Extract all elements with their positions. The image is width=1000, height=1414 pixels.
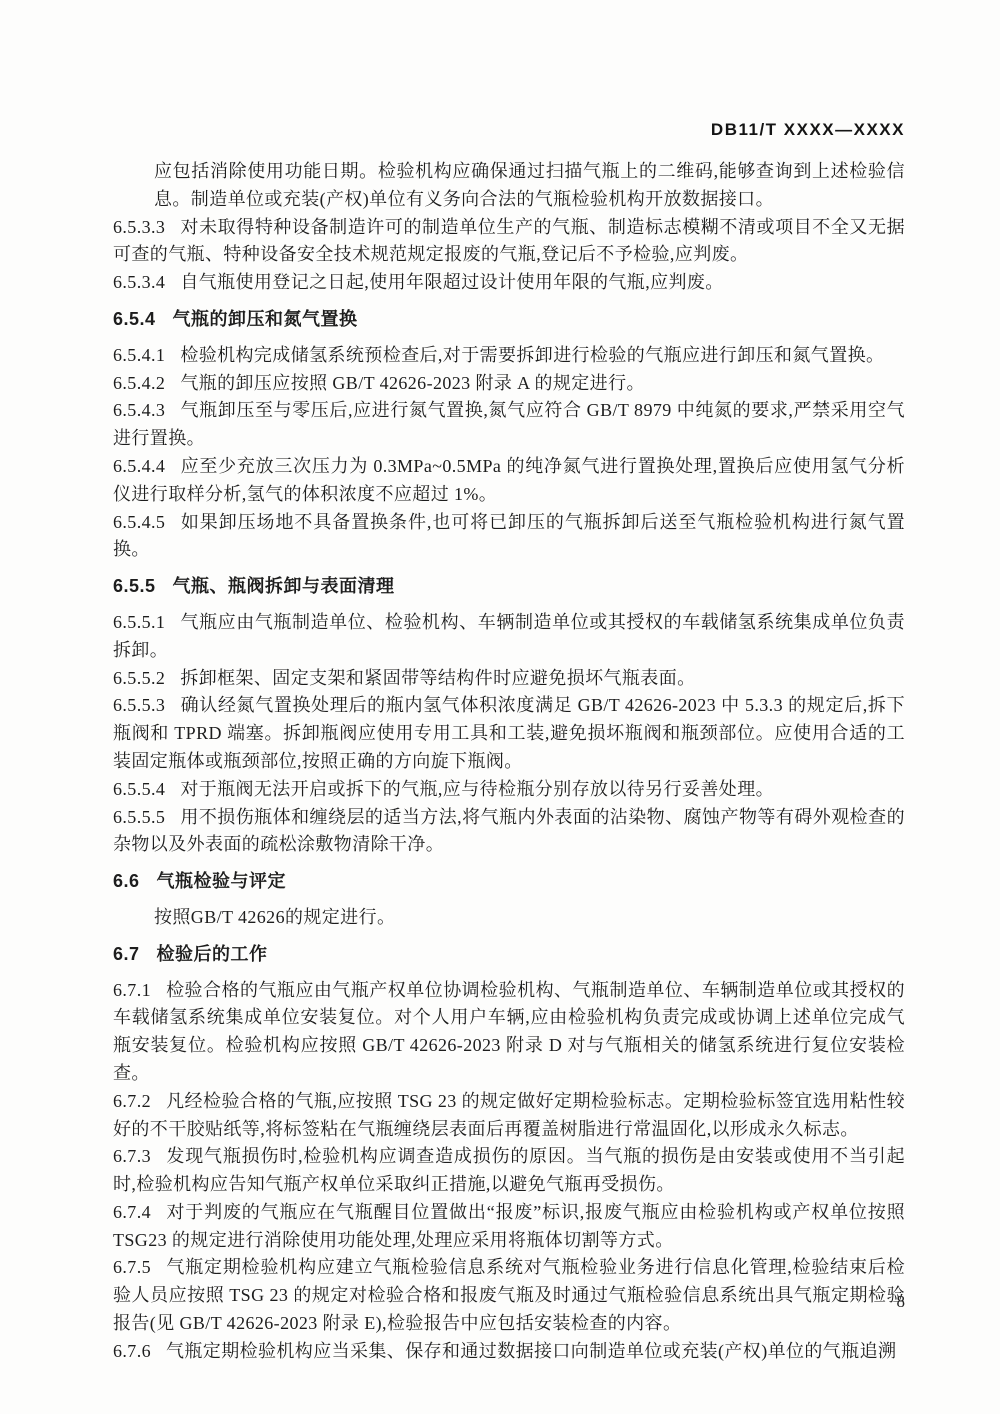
- document-body: 应包括消除使用功能日期。检验机构应确保通过扫描气瓶上的二维码,能够查询到上述检验…: [113, 158, 905, 1366]
- clause-text: 对未取得特种设备制造许可的制造单位生产的气瓶、制造标志模糊不清或项目不全又无据可…: [113, 217, 905, 265]
- clause-number: 6.5.4.5: [113, 512, 165, 532]
- heading-number: 6.5.4: [113, 309, 156, 329]
- page-footer: 8: [113, 1292, 905, 1312]
- clause-number: 6.7.2: [113, 1091, 151, 1111]
- clause-6-5-4-1: 6.5.4.1检验机构完成储氢系统预检查后,对于需要拆卸进行检验的气瓶应进行卸压…: [113, 342, 905, 370]
- clause-number: 6.7.3: [113, 1146, 151, 1166]
- clause-6-5-5-5: 6.5.5.5用不损伤瓶体和缠绕层的适当方法,将气瓶内外表面的沾染物、腐蚀产物等…: [113, 804, 905, 860]
- clause-6-7-1: 6.7.1检验合格的气瓶应由气瓶产权单位协调检验机构、气瓶制造单位、车辆制造单位…: [113, 977, 905, 1088]
- heading-6-6: 6.6气瓶检验与评定: [113, 868, 905, 896]
- heading-number: 6.6: [113, 871, 140, 891]
- clause-text: 气瓶的卸压应按照 GB/T 42626-2023 附录 A 的规定进行。: [180, 373, 645, 393]
- clause-text: 拆卸框架、固定支架和紧固带等结构件时应避免损坏气瓶表面。: [180, 668, 695, 688]
- clause-text: 确认经氮气置换处理后的瓶内氢气体积浓度满足 GB/T 42626-2023 中 …: [113, 695, 905, 771]
- clause-number: 6.5.4.3: [113, 400, 165, 420]
- heading-6-5-5: 6.5.5气瓶、瓶阀拆卸与表面清理: [113, 573, 905, 601]
- clause-6-5-4-5: 6.5.4.5如果卸压场地不具备置换条件,也可将已卸压的气瓶拆卸后送至气瓶检验机…: [113, 509, 905, 565]
- clause-number: 6.5.5.1: [113, 612, 165, 632]
- clause-text: 对于判废的气瓶应在气瓶醒目位置做出“报废”标识,报废气瓶应由检验机构或产权单位按…: [113, 1202, 905, 1250]
- clause-number: 6.7.4: [113, 1202, 151, 1222]
- clause-text: 自气瓶使用登记之日起,使用年限超过设计使用年限的气瓶,应判废。: [180, 272, 723, 292]
- clause-number: 6.5.4.1: [113, 345, 165, 365]
- clause-text: 气瓶定期检验机构应当采集、保存和通过数据接口向制造单位或充装(产权)单位的气瓶追…: [166, 1341, 896, 1361]
- heading-text: 气瓶的卸压和氮气置换: [173, 309, 358, 329]
- clause-number: 6.5.5.4: [113, 779, 165, 799]
- document-page: DB11/T XXXX—XXXX 应包括消除使用功能日期。检验机构应确保通过扫描…: [0, 0, 1000, 1414]
- clause-6-5-5-3: 6.5.5.3确认经氮气置换处理后的瓶内氢气体积浓度满足 GB/T 42626-…: [113, 692, 905, 775]
- paragraph-6-6-body: 按照GB/T 42626的规定进行。: [154, 904, 905, 932]
- clause-text: 用不损伤瓶体和缠绕层的适当方法,将气瓶内外表面的沾染物、腐蚀产物等有碍外观检查的…: [113, 807, 905, 855]
- clause-number: 6.7.1: [113, 980, 151, 1000]
- page-number: 8: [897, 1292, 906, 1311]
- clause-6-5-4-4: 6.5.4.4应至少充放三次压力为 0.3MPa~0.5MPa 的纯净氮气进行置…: [113, 453, 905, 509]
- clause-6-5-5-1: 6.5.5.1气瓶应由气瓶制造单位、检验机构、车辆制造单位或其授权的车载储氢系统…: [113, 609, 905, 665]
- clause-number: 6.7.6: [113, 1341, 151, 1361]
- standard-code: DB11/T XXXX—XXXX: [711, 120, 905, 139]
- heading-text: 气瓶检验与评定: [157, 871, 287, 891]
- clause-6-5-3-3: 6.5.3.3对未取得特种设备制造许可的制造单位生产的气瓶、制造标志模糊不清或项…: [113, 214, 905, 270]
- clause-text: 如果卸压场地不具备置换条件,也可将已卸压的气瓶拆卸后送至气瓶检验机构进行氮气置换…: [113, 512, 905, 560]
- clause-number: 6.5.5.2: [113, 668, 165, 688]
- clause-number: 6.5.3.4: [113, 272, 165, 292]
- clause-text: 凡经检验合格的气瓶,应按照 TSG 23 的规定做好定期检验标志。定期检验标签宜…: [113, 1091, 905, 1139]
- clause-6-7-2: 6.7.2凡经检验合格的气瓶,应按照 TSG 23 的规定做好定期检验标志。定期…: [113, 1088, 905, 1144]
- clause-6-5-4-2: 6.5.4.2气瓶的卸压应按照 GB/T 42626-2023 附录 A 的规定…: [113, 370, 905, 398]
- clause-6-5-5-2: 6.5.5.2拆卸框架、固定支架和紧固带等结构件时应避免损坏气瓶表面。: [113, 665, 905, 693]
- clause-6-5-3-4: 6.5.3.4自气瓶使用登记之日起,使用年限超过设计使用年限的气瓶,应判废。: [113, 269, 905, 297]
- clause-text: 应至少充放三次压力为 0.3MPa~0.5MPa 的纯净氮气进行置换处理,置换后…: [113, 456, 905, 504]
- heading-6-5-4: 6.5.4气瓶的卸压和氮气置换: [113, 306, 905, 334]
- continued-paragraph: 应包括消除使用功能日期。检验机构应确保通过扫描气瓶上的二维码,能够查询到上述检验…: [154, 158, 905, 214]
- clause-6-5-4-3: 6.5.4.3气瓶卸压至与零压后,应进行氮气置换,氮气应符合 GB/T 8979…: [113, 397, 905, 453]
- heading-6-7: 6.7检验后的工作: [113, 941, 905, 969]
- page-header: DB11/T XXXX—XXXX: [113, 120, 905, 140]
- clause-number: 6.7.5: [113, 1257, 151, 1277]
- clause-text: 气瓶卸压至与零压后,应进行氮气置换,氮气应符合 GB/T 8979 中纯氮的要求…: [113, 400, 905, 448]
- clause-6-7-4: 6.7.4对于判废的气瓶应在气瓶醒目位置做出“报废”标识,报废气瓶应由检验机构或…: [113, 1199, 905, 1255]
- clause-6-7-3: 6.7.3发现气瓶损伤时,检验机构应调查造成损伤的原因。当气瓶的损伤是由安装或使…: [113, 1143, 905, 1199]
- heading-number: 6.5.5: [113, 576, 156, 596]
- heading-text: 气瓶、瓶阀拆卸与表面清理: [173, 576, 395, 596]
- clause-number: 6.5.4.4: [113, 456, 165, 476]
- clause-text: 检验机构完成储氢系统预检查后,对于需要拆卸进行检验的气瓶应进行卸压和氮气置换。: [180, 345, 884, 365]
- clause-6-5-5-4: 6.5.5.4对于瓶阀无法开启或拆下的气瓶,应与待检瓶分别存放以待另行妥善处理。: [113, 776, 905, 804]
- heading-text: 检验后的工作: [157, 944, 268, 964]
- clause-number: 6.5.3.3: [113, 217, 165, 237]
- clause-text: 对于瓶阀无法开启或拆下的气瓶,应与待检瓶分别存放以待另行妥善处理。: [180, 779, 774, 799]
- clause-text: 发现气瓶损伤时,检验机构应调查造成损伤的原因。当气瓶的损伤是由安装或使用不当引起…: [113, 1146, 905, 1194]
- clause-number: 6.5.5.3: [113, 695, 165, 715]
- clause-6-7-6: 6.7.6气瓶定期检验机构应当采集、保存和通过数据接口向制造单位或充装(产权)单…: [113, 1338, 905, 1366]
- clause-number: 6.5.4.2: [113, 373, 165, 393]
- clause-number: 6.5.5.5: [113, 807, 165, 827]
- clause-text: 检验合格的气瓶应由气瓶产权单位协调检验机构、气瓶制造单位、车辆制造单位或其授权的…: [113, 980, 905, 1083]
- clause-text: 气瓶应由气瓶制造单位、检验机构、车辆制造单位或其授权的车载储氢系统集成单位负责拆…: [113, 612, 905, 660]
- heading-number: 6.7: [113, 944, 140, 964]
